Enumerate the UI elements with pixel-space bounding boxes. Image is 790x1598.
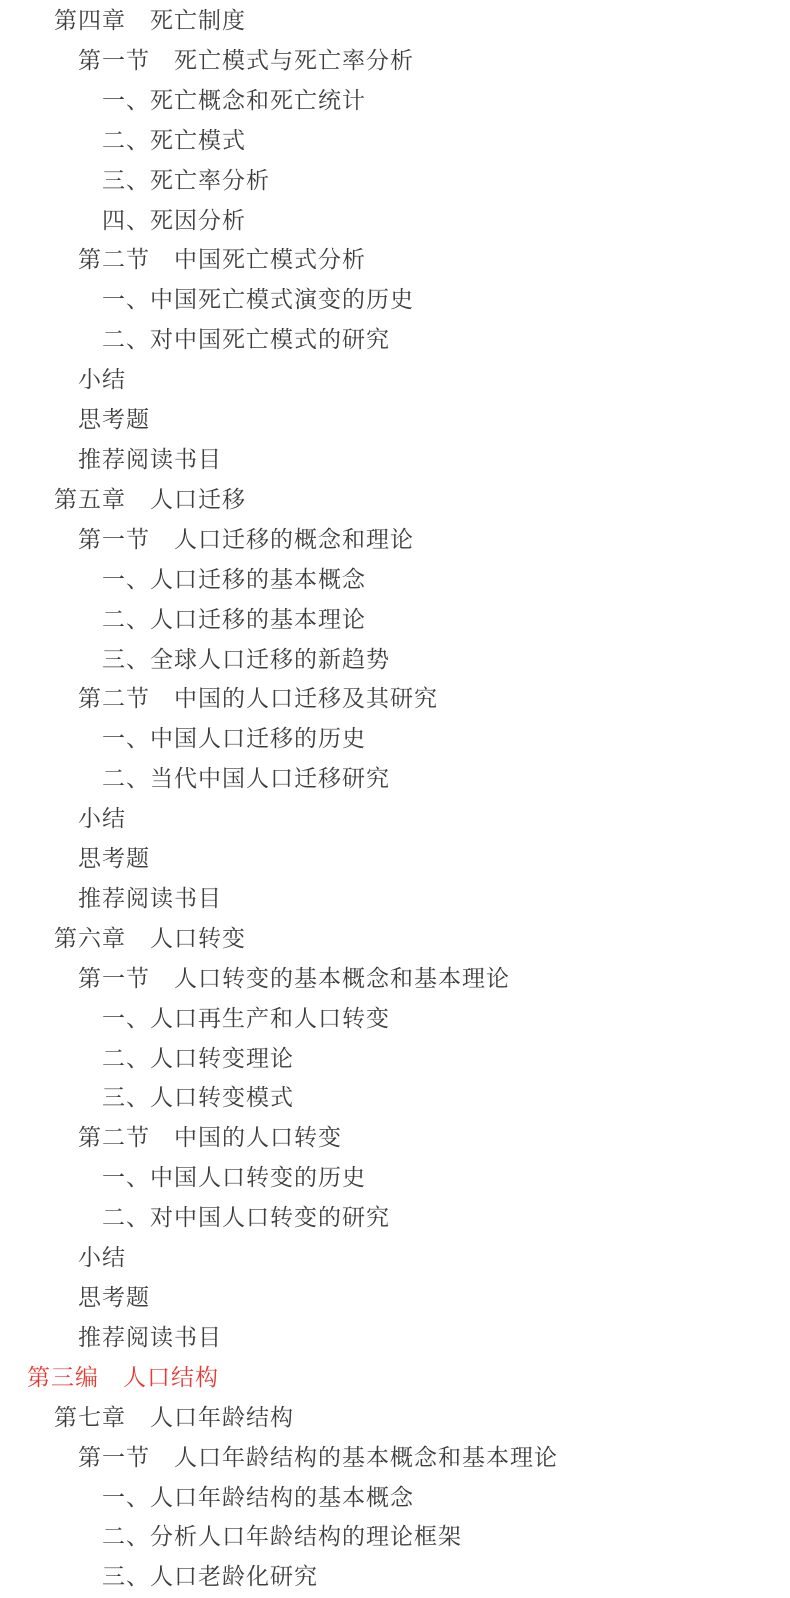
toc-entry-item: 三、全球人口迁移的新趋势 xyxy=(0,640,790,680)
toc-entry-item: 二、人口迁移的基本理论 xyxy=(0,600,790,640)
toc-entry-plain: 思考题 xyxy=(0,400,790,440)
toc-entry-section: 第二节 中国死亡模式分析 xyxy=(0,240,790,280)
toc-entry-section: 第一节 人口转变的基本概念和基本理论 xyxy=(0,959,790,999)
toc-entry-plain: 推荐阅读书目 xyxy=(0,440,790,480)
toc-entry-section: 第二节 中国的人口迁移及其研究 xyxy=(0,679,790,719)
toc-entry-item: 四、死因分析 xyxy=(0,201,790,241)
toc-entry-item: 一、人口再生产和人口转变 xyxy=(0,999,790,1039)
toc-entry-item: 一、死亡概念和死亡统计 xyxy=(0,81,790,121)
toc-entry-chapter: 第七章 人口年龄结构 xyxy=(0,1398,790,1438)
toc-entry-part: 第三编 人口结构 xyxy=(0,1358,790,1398)
toc-entry-section: 第一节 人口迁移的概念和理论 xyxy=(0,520,790,560)
toc-entry-plain: 小结 xyxy=(0,799,790,839)
toc-entry-item: 一、人口年龄结构的基本概念 xyxy=(0,1478,790,1518)
toc-entry-plain: 小结 xyxy=(0,360,790,400)
toc-entry-item: 二、对中国人口转变的研究 xyxy=(0,1198,790,1238)
toc-entry-item: 一、中国死亡模式演变的历史 xyxy=(0,280,790,320)
toc-entry-section: 第二节 中国的人口转变 xyxy=(0,1118,790,1158)
toc-entry-item: 二、人口转变理论 xyxy=(0,1039,790,1079)
toc-entry-plain: 小结 xyxy=(0,1238,790,1278)
toc-entry-item: 一、人口迁移的基本概念 xyxy=(0,560,790,600)
toc-entry-item: 三、人口转变模式 xyxy=(0,1078,790,1118)
toc-entry-section: 第一节 死亡模式与死亡率分析 xyxy=(0,41,790,81)
toc-entry-item: 三、人口老龄化研究 xyxy=(0,1557,790,1597)
toc-entry-plain: 推荐阅读书目 xyxy=(0,879,790,919)
toc-entry-plain: 推荐阅读书目 xyxy=(0,1318,790,1358)
toc-entry-item: 二、死亡模式 xyxy=(0,121,790,161)
toc-entry-chapter: 第五章 人口迁移 xyxy=(0,480,790,520)
toc-entry-plain: 思考题 xyxy=(0,1278,790,1318)
toc-entry-section: 第一节 人口年龄结构的基本概念和基本理论 xyxy=(0,1438,790,1478)
toc-entry-item: 一、中国人口转变的历史 xyxy=(0,1158,790,1198)
toc-entry-chapter: 第四章 死亡制度 xyxy=(0,1,790,41)
toc-entry-item: 一、中国人口迁移的历史 xyxy=(0,719,790,759)
toc-entry-item: 二、分析人口年龄结构的理论框架 xyxy=(0,1517,790,1557)
toc-entry-item: 三、死亡率分析 xyxy=(0,161,790,201)
toc-entry-chapter: 第六章 人口转变 xyxy=(0,919,790,959)
toc-entry-item: 二、当代中国人口迁移研究 xyxy=(0,759,790,799)
toc-entry-item: 二、对中国死亡模式的研究 xyxy=(0,320,790,360)
table-of-contents: 第四章 死亡制度第一节 死亡模式与死亡率分析一、死亡概念和死亡统计二、死亡模式三… xyxy=(0,0,790,1597)
toc-entry-plain: 思考题 xyxy=(0,839,790,879)
